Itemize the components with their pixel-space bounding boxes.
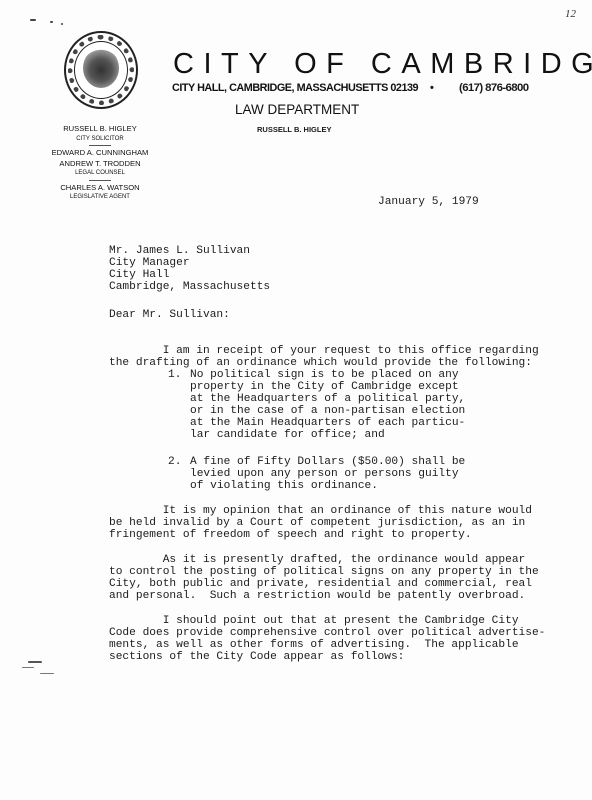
text-line: I should point out that at present the C… — [109, 615, 545, 627]
staff-name: CHARLES A. WATSON — [40, 183, 160, 194]
text-line: City, both public and private, residenti… — [109, 578, 539, 590]
item-number: 2. — [168, 456, 181, 468]
text-line: the drafting of an ordinance which would… — [109, 357, 539, 369]
text-line: lar candidate for office; and — [190, 429, 465, 441]
staff-name: ANDREW T. TRODDEN — [40, 159, 160, 170]
letterhead-department: LAW DEPARTMENT — [235, 102, 359, 117]
text-line: ments, as well as other forms of adverti… — [109, 639, 545, 651]
ordinance-item-1: No political sign is to be placed on any… — [190, 369, 465, 442]
text-line: As it is presently drafted, the ordinanc… — [109, 554, 539, 566]
text-line: property in the City of Cambridge except — [190, 381, 465, 393]
letterhead-department-head: RUSSELL B. HIGLEY — [257, 125, 331, 134]
text-line: fringement of freedom of speech and righ… — [109, 529, 532, 541]
recipient-line: City Hall — [109, 269, 270, 281]
recipient-line: Mr. James L. Sullivan — [109, 245, 270, 257]
scan-speck — [22, 667, 34, 668]
recipient-address: Mr. James L. SullivanCity ManagerCity Ha… — [109, 245, 270, 293]
scan-speck — [40, 673, 54, 674]
text-line: It is my opinion that an ordinance of th… — [109, 505, 532, 517]
text-line: at the Headquarters of a political party… — [190, 393, 465, 405]
text-line: Code does provide comprehensive control … — [109, 627, 545, 639]
text-line: levied upon any person or persons guilty — [190, 468, 465, 480]
staff-name: EDWARD A. CUNNINGHAM — [40, 148, 160, 159]
letter-date: January 5, 1979 — [378, 196, 479, 208]
item-number: 1. — [168, 369, 181, 381]
text-line: at the Main Headquarters of each particu… — [190, 417, 465, 429]
staff-role: LEGAL COUNSEL — [40, 169, 160, 178]
seal-emblem — [83, 48, 119, 88]
text-line: I am in receipt of your request to this … — [109, 345, 539, 357]
city-seal-icon — [64, 31, 138, 109]
divider — [89, 145, 111, 146]
text-line: No political sign is to be placed on any — [190, 369, 465, 381]
page-number: 12 — [565, 8, 576, 20]
divider — [89, 180, 111, 181]
opinion-paragraph: It is my opinion that an ordinance of th… — [109, 505, 532, 541]
text-line: A fine of Fifty Dollars ($50.00) shall b… — [190, 456, 465, 468]
scan-speck — [61, 23, 63, 25]
text-line: sections of the City Code appear as foll… — [109, 651, 545, 663]
recipient-line: Cambridge, Massachusetts — [109, 281, 270, 293]
letterhead-title: CITY OF CAMBRIDGE — [173, 50, 592, 79]
letter-page: 12 CITY OF CAMBRIDGE CITY HALL, CAMBRIDG… — [0, 0, 592, 800]
text-line: to control the posting of political sign… — [109, 566, 539, 578]
letterhead-phone: (617) 876-6800 — [459, 82, 529, 94]
letterhead-address: CITY HALL, CAMBRIDGE, MASSACHUSETTS 0213… — [172, 82, 418, 94]
staff-role: LEGISLATIVE AGENT — [40, 193, 160, 202]
ordinance-item-2: A fine of Fifty Dollars ($50.00) shall b… — [190, 456, 465, 492]
text-line: of violating this ordinance. — [190, 480, 465, 492]
text-line: and personal. Such a restriction would b… — [109, 590, 539, 602]
text-line: be held invalid by a Court of competent … — [109, 517, 532, 529]
scan-speck — [50, 21, 53, 23]
scan-speck — [28, 661, 42, 663]
staff-list: RUSSELL B. HIGLEY CITY SOLICITOR EDWARD … — [40, 124, 160, 202]
intro-paragraph: I am in receipt of your request to this … — [109, 345, 539, 369]
staff-name: RUSSELL B. HIGLEY — [40, 124, 160, 135]
text-line: or in the case of a non-partisan electio… — [190, 405, 465, 417]
city-code-paragraph: I should point out that at present the C… — [109, 615, 545, 663]
scan-speck — [30, 19, 36, 21]
salutation: Dear Mr. Sullivan: — [109, 309, 230, 321]
letterhead-separator: • — [430, 82, 434, 94]
staff-role: CITY SOLICITOR — [40, 135, 160, 144]
recipient-line: City Manager — [109, 257, 270, 269]
overbroad-paragraph: As it is presently drafted, the ordinanc… — [109, 554, 539, 602]
